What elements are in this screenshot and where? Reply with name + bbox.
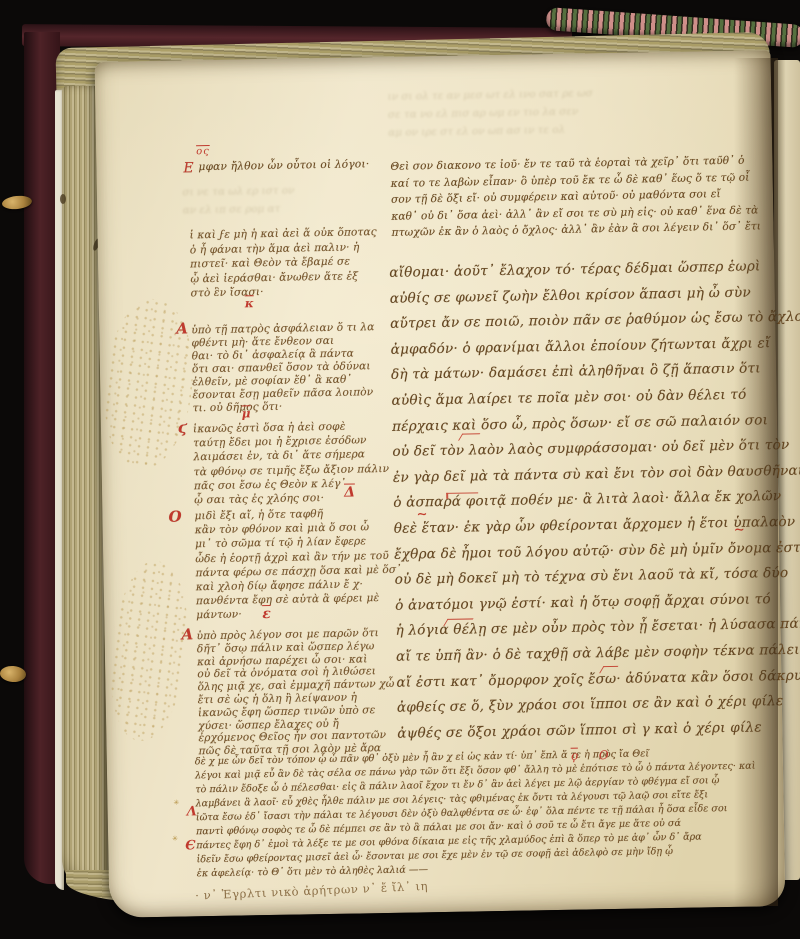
text-line: τι. οὐ δῆμος ὅτι· <box>193 398 413 415</box>
folio-siglum: ος <box>196 146 210 157</box>
rubric-siglum: μ <box>242 406 251 420</box>
rubric-mark <box>446 492 478 499</box>
rubric-mark <box>443 618 473 626</box>
rubric-initial: Ε <box>183 160 194 176</box>
rubric-letter: Ο <box>599 748 609 762</box>
text-line: μάντων· <box>196 605 416 623</box>
rubric-initial: Ο <box>168 510 181 524</box>
rubric-siglum: κ <box>245 296 254 310</box>
rubric-letter: ϙ <box>571 749 578 763</box>
text-line: στὸ ἓν ἴσασι· <box>191 283 411 301</box>
ghost-showthrough-text: ιν σι ολ τε αν μεσ ωτ ελ ινο σατ ρε ωσσε… <box>395 82 776 143</box>
edge-blemish <box>60 194 66 204</box>
text-line: αν ελ ιπ σε ρομ ατ <box>183 198 412 220</box>
main-text-column: αἴθομαι· ἀοῦτ᾽ ἔλαχον τό· τέρας δέδμαι ὥ… <box>389 254 783 747</box>
rubric-initial: ϛ <box>178 420 187 434</box>
heading-text: μφαν ἤλθον ὦν οὗτοι οἱ λόγοι· <box>198 158 369 173</box>
heading-line: Ε μφαν ἤλθον ὦν οὗτοι οἱ λόγοι· <box>198 158 408 162</box>
rubric-initial: Α <box>176 322 188 335</box>
clasp-pin-lower <box>0 665 27 683</box>
rubric-mark: ∼ <box>416 507 427 522</box>
text-line: ᾧ σαι τὰς ἐς χλόης σοι· <box>194 489 414 507</box>
rubric-initial: Є <box>185 838 196 853</box>
rubric-siglum: Δ <box>344 484 355 500</box>
rubric-initial: Α <box>181 628 193 641</box>
manuscript-page: ιν σι ολ τε αν μεσ ωτ ελ ινο σατ ρε ωσσε… <box>95 50 786 918</box>
commentary-paragraph: ϛ ἱκανῶς ἐστὶ ὅσα ἡ ἀεὶ σοφὲταύτῃ ἔδει μ… <box>193 418 414 507</box>
commentary-paragraph: ἱ καὶ ϝε μὴ ἡ καὶ ἀεὶ ἅ οὐκ ὅποταςὁ ἦ φά… <box>189 224 410 301</box>
top-right-text-block: Θεὶ σον διακονο τε ἰοῦ· ἔν τε ταῦ τὰ ἑορ… <box>390 152 775 242</box>
commentary-paragraph: Α ὑπὸ τῇ πατρὸς ἀσφάλειαν ὅ τι λαφθέντι … <box>191 320 413 415</box>
commentary-paragraph: Ο μιδὶ ἔξι αἴ, ἡ ὅτε ταφθῆκἂν τὸν φθόνον… <box>194 505 416 622</box>
bottom-text-block: δὲ χ με ὦν δεῖ τὸν τόπον ᾧ ὦ πᾶν φθ᾽ ὀξὺ… <box>195 745 800 882</box>
rubric-mark: ∼ <box>734 523 745 538</box>
gold-asterisk-mark: ✳ <box>172 835 178 843</box>
rubric-initial: Λ <box>187 804 197 819</box>
gold-speckle-patch <box>102 557 197 745</box>
manuscript-photo: ιν σι ολ τε αν μεσ ωτ ελ ινο σατ ρε ωσσε… <box>0 0 800 939</box>
ghost-showthrough-text: σι νε τα ωλ ερ ιστ οναν ελ ιπ σε ρομ ατ <box>187 181 408 221</box>
commentary-paragraph: Α ὑπὸ πρὸς λέγον σοι με παρῶν ὅτιδῆτ᾽ ὅσ… <box>197 626 419 758</box>
rubric-siglum: ε <box>262 606 271 622</box>
gold-asterisk-mark: ✳ <box>173 799 179 807</box>
